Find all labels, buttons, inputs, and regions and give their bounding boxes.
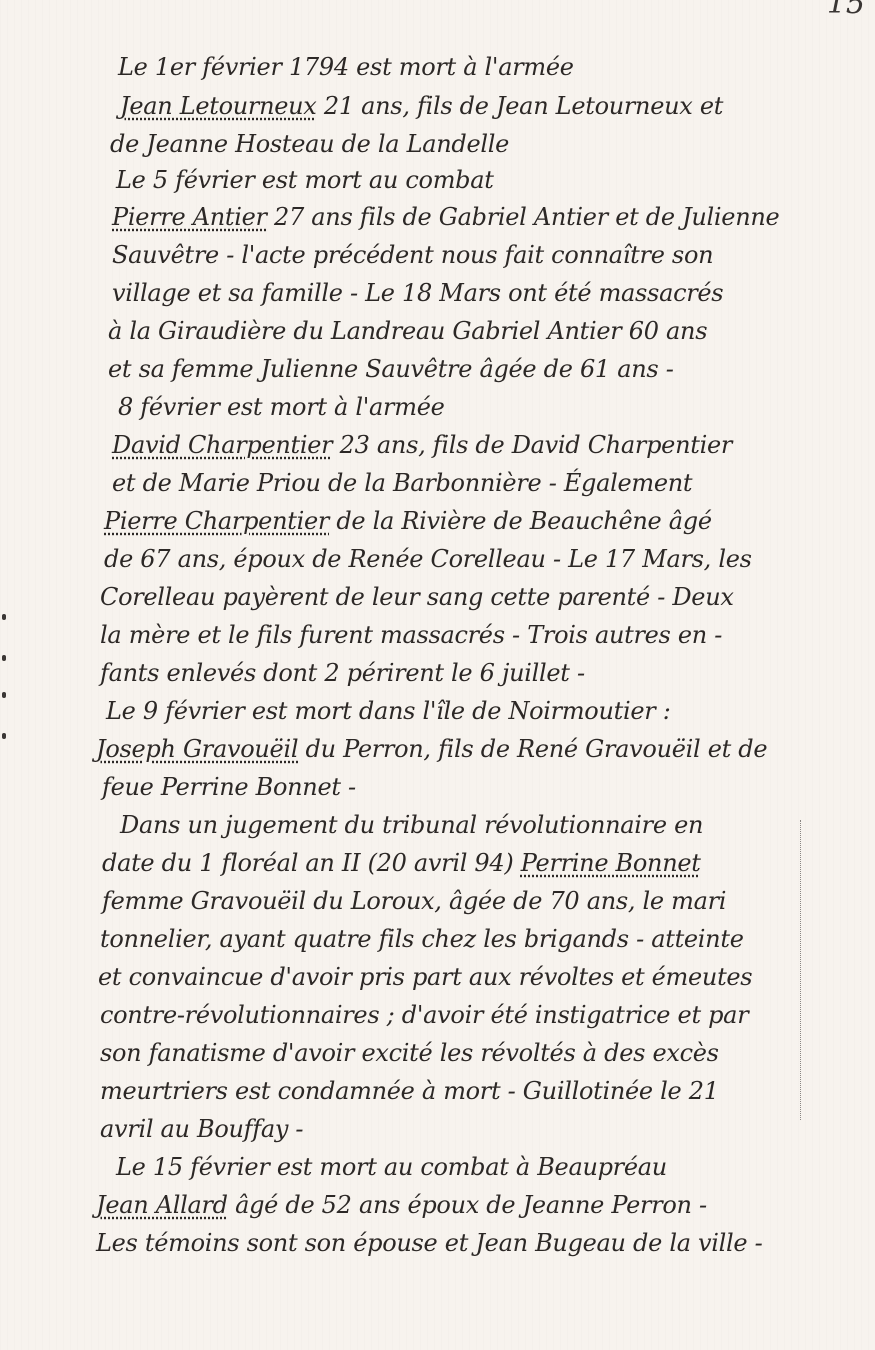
text-line: fants enlevés dont 2 périrent le 6 juill… <box>100 658 585 688</box>
text-line: Le 5 février est mort au combat <box>116 165 494 195</box>
text-line: de Jeanne Hosteau de la Landelle <box>110 129 509 159</box>
text-line: et sa femme Julienne Sauvêtre âgée de 61… <box>108 354 674 384</box>
text-line: Le 15 février est mort au combat à Beaup… <box>116 1152 667 1182</box>
person-name: Jean Letourneux <box>120 92 317 120</box>
text-line: et de Marie Priou de la Barbonnière - Ég… <box>112 468 692 498</box>
text-line: la mère et le fils furent massacrés - Tr… <box>100 620 722 650</box>
text-line: et convaincue d'avoir pris part aux révo… <box>98 962 752 992</box>
text-line: Jean Letourneux 21 ans, fils de Jean Let… <box>120 91 723 121</box>
text-line: date du 1 floréal an II (20 avril 94) Pe… <box>102 848 701 878</box>
text-line: à la Giraudière du Landreau Gabriel Anti… <box>108 316 707 346</box>
margin-punch-marks <box>2 600 12 800</box>
text-line: feue Perrine Bonnet - <box>102 772 356 802</box>
text-line: Joseph Gravouëil du Perron, fils de René… <box>96 734 767 764</box>
text-line: Sauvêtre - l'acte précédent nous fait co… <box>112 240 713 270</box>
text-line: Dans un jugement du tribunal révolutionn… <box>120 810 703 840</box>
text-line: son fanatisme d'avoir excité les révolté… <box>100 1038 719 1068</box>
text-line: femme Gravouëil du Loroux, âgée de 70 an… <box>102 886 726 916</box>
person-name: Pierre Charpentier <box>104 507 329 535</box>
person-name: Joseph Gravouëil <box>96 735 298 763</box>
page-number: 15 <box>827 0 865 21</box>
person-name: Perrine Bonnet <box>521 849 701 877</box>
text-line: Pierre Charpentier de la Rivière de Beau… <box>104 506 712 536</box>
person-name: Pierre Antier <box>112 203 267 231</box>
text-line: Jean Allard âgé de 52 ans époux de Jeann… <box>96 1190 707 1220</box>
text-line: contre-révolutionnaires ; d'avoir été in… <box>100 1000 748 1030</box>
text-line: Le 1er février 1794 est mort à l'armée <box>118 52 574 82</box>
text-line: 8 février est mort à l'armée <box>118 392 445 422</box>
text-line: avril au Bouffay - <box>100 1114 303 1144</box>
text-line: Pierre Antier 27 ans fils de Gabriel Ant… <box>112 202 779 232</box>
text-line: tonnelier, ayant quatre fils chez les br… <box>100 924 744 954</box>
person-name: Jean Allard <box>96 1191 228 1219</box>
text-line: Corelleau payèrent de leur sang cette pa… <box>100 582 734 612</box>
text-line: Les témoins sont son épouse et Jean Buge… <box>96 1228 762 1258</box>
person-name: David Charpentier <box>112 431 332 459</box>
handwritten-page: 15 Le 1er février 1794 est mort à l'armé… <box>0 0 875 1350</box>
margin-rule <box>800 820 802 1120</box>
text-line: de 67 ans, époux de Renée Corelleau - Le… <box>104 544 752 574</box>
text-line: David Charpentier 23 ans, fils de David … <box>112 430 732 460</box>
text-line: village et sa famille - Le 18 Mars ont é… <box>112 278 723 308</box>
text-line: Le 9 février est mort dans l'île de Noir… <box>106 696 671 726</box>
text-line: meurtriers est condamnée à mort - Guillo… <box>100 1076 719 1106</box>
